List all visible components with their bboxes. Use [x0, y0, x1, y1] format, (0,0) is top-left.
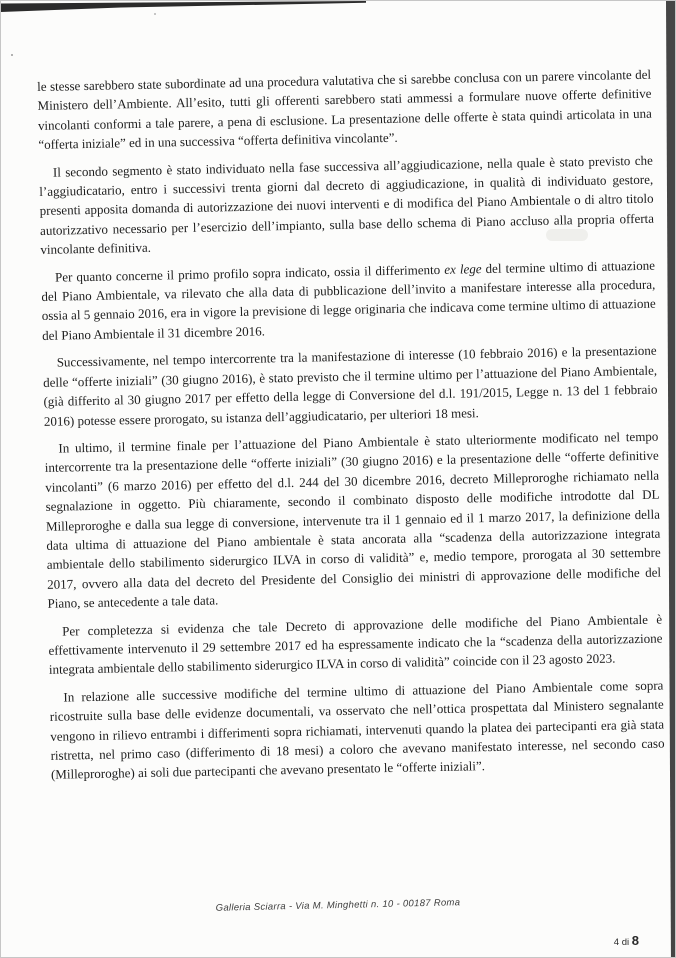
paragraph: In ultimo, il termine finale per l’attua… [44, 427, 661, 614]
document-page: le stesse sarebbero state subordinate ad… [0, 0, 676, 958]
text-segment: Per quanto concerne il primo profilo sop… [55, 262, 445, 285]
scan-artifact-right-edge [666, 1, 675, 957]
page-number: 4 di 8 [614, 933, 639, 948]
text-segment: In relazione alle successive modifiche d… [50, 677, 665, 782]
document-body: le stesse sarebbero state subordinate ad… [37, 65, 665, 793]
text-segment: Successivamente, nel tempo intercorrente… [43, 343, 658, 429]
text-segment: In ultimo, il termine finale per l’attua… [45, 429, 662, 612]
text-segment: le stesse sarebbero state subordinate ad… [37, 67, 652, 153]
text-segment: ex lege [444, 261, 482, 277]
text-segment: Per completezza si evidenza che tale Dec… [48, 611, 662, 677]
paragraph: Per completezza si evidenza che tale Dec… [48, 609, 663, 680]
paragraph: le stesse sarebbero state subordinate ad… [37, 65, 652, 155]
page-number-label: 4 di [614, 937, 632, 948]
text-segment: Il secondo segmento è stato individuato … [39, 152, 654, 257]
paragraph: Successivamente, nel tempo intercorrente… [43, 341, 658, 431]
scan-speck [11, 54, 13, 56]
paragraph: Il secondo segmento è stato individuato … [39, 150, 655, 259]
scan-artifact-top-edge [1, 1, 373, 14]
footer-address: Galleria Sciarra - Via M. Minghetti n. 1… [216, 897, 461, 914]
page-number-total: 8 [632, 933, 639, 948]
page-footer: Galleria Sciarra - Via M. Minghetti n. 1… [1, 892, 675, 918]
paragraph: Per quanto concerne il primo profilo sop… [41, 255, 656, 345]
paragraph: In relazione alle successive modifiche d… [49, 675, 665, 784]
scan-speck [154, 13, 156, 15]
